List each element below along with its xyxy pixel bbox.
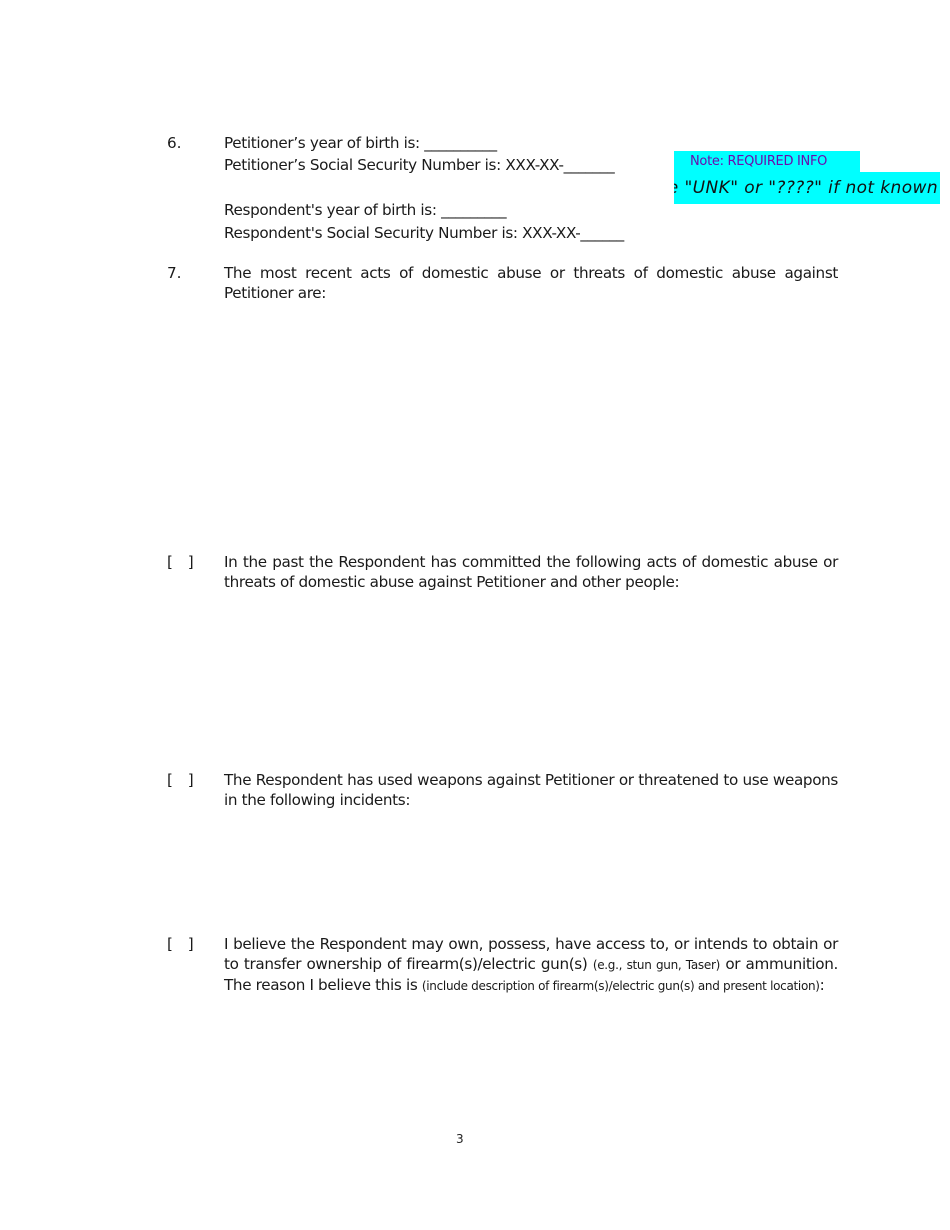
- respondent-ssn-field[interactable]: Respondent's Social Security Number is: …: [224, 223, 624, 243]
- weapons-used-checkbox[interactable]: [ ]: [167, 770, 194, 790]
- page-number: 3: [456, 1131, 464, 1147]
- firearms-text-c: :: [820, 976, 825, 994]
- unknown-hint-note: Type "UNK" or "????" if not known: [674, 172, 940, 204]
- item-6-number: 6.: [167, 133, 182, 153]
- item-7-text: The most recent acts of domestic abuse o…: [224, 263, 838, 303]
- firearms-description-note: (include description of firearm(s)/elect…: [422, 979, 820, 993]
- document-page: 6. Petitioner’s year of birth is: ______…: [0, 0, 950, 1230]
- past-abuse-checkbox[interactable]: [ ]: [167, 552, 194, 572]
- firearms-example-note: (e.g., stun gun, Taser): [593, 958, 720, 972]
- item-7-number: 7.: [167, 263, 182, 283]
- petitioner-birth-year-field[interactable]: Petitioner’s year of birth is: _________…: [224, 133, 497, 153]
- weapons-used-text: The Respondent has used weapons against …: [224, 770, 838, 810]
- required-info-label: Note: REQUIRED INFO: [690, 154, 827, 170]
- firearms-checkbox[interactable]: [ ]: [167, 934, 194, 954]
- petitioner-ssn-field[interactable]: Petitioner’s Social Security Number is: …: [224, 155, 614, 175]
- unknown-hint-text: Type "UNK" or "????" if not known: [674, 177, 938, 199]
- firearms-text: I believe the Respondent may own, posses…: [224, 934, 838, 996]
- past-abuse-text: In the past the Respondent has committed…: [224, 552, 838, 592]
- required-info-note: Note: REQUIRED INFO: [674, 151, 860, 173]
- respondent-birth-year-field[interactable]: Respondent's year of birth is: _________: [224, 200, 506, 220]
